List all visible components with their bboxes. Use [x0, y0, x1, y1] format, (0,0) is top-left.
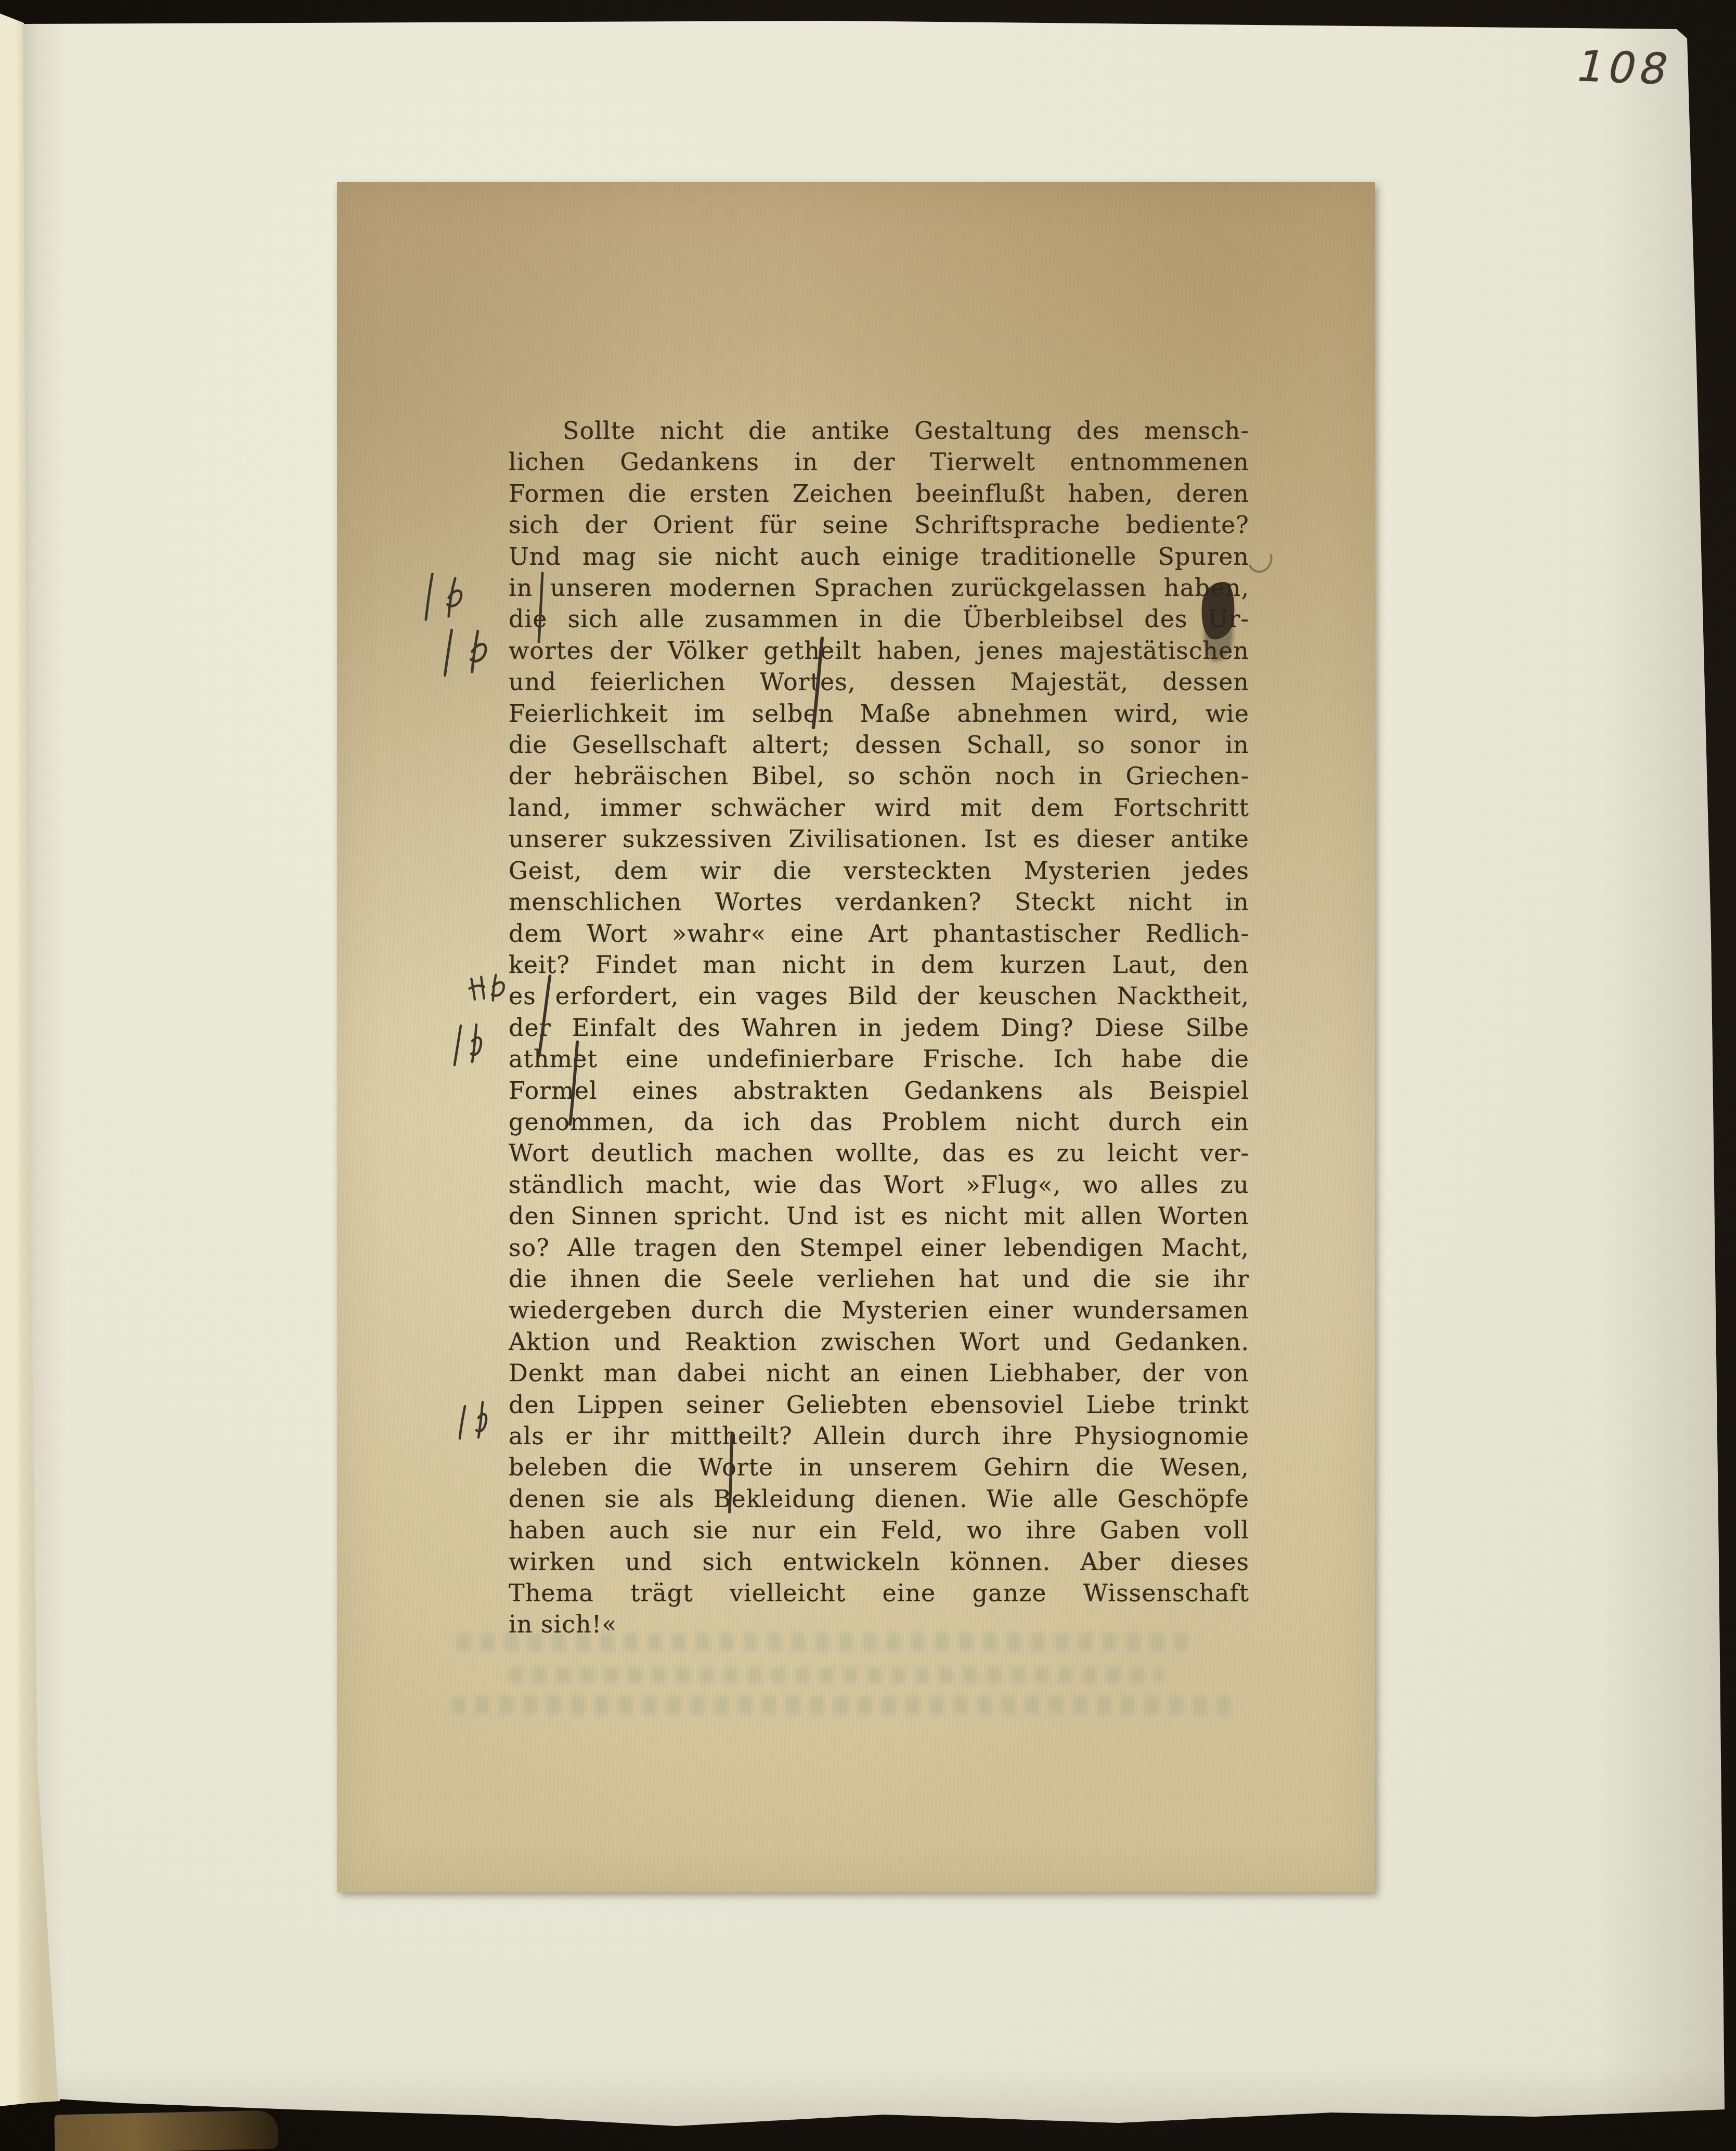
text-line: athmet eine undefinierbare Frische. Ich … — [509, 1043, 1249, 1074]
pen-strike — [811, 636, 825, 683]
text-line: den Sinnen spricht. Und ist es nicht mit… — [509, 1200, 1249, 1232]
text-line: ständlich macht, wie das Wort »Flug«, wo… — [509, 1169, 1249, 1200]
text-line: der Einfalt des Wahren in jedem Ding? Di… — [509, 1012, 1249, 1043]
text-line: in unseren modernen Sprachen zurückgelas… — [509, 572, 1249, 603]
text-line: Denkt man dabei nicht an einen Liebhaber… — [509, 1357, 1249, 1389]
bleedthrough-line — [509, 1667, 1164, 1683]
text-line: der hebräischen Bibel, so schön noch in … — [509, 760, 1249, 792]
bleedthrough-line — [451, 1696, 1242, 1714]
text-line: Formen die ersten Zeichen beeinflußt hab… — [509, 478, 1249, 509]
book-cover-edge — [54, 2110, 278, 2151]
text-line: menschlichen Wortes verdanken? Steckt ni… — [509, 886, 1249, 917]
text-line: wortes der Völker getheilt haben, jenes … — [509, 635, 1249, 666]
text-line: die Gesellschaft altert; dessen Schall, … — [509, 729, 1249, 760]
text-line: dem Wort »wahr« eine Art phantastischer … — [509, 918, 1249, 949]
pen-strike — [567, 1040, 580, 1110]
book-scan: 108 Sollte nicht die antike Gestaltung d… — [0, 0, 1736, 2151]
pasted-clipping: Sollte nicht die antike Gestaltung des m… — [337, 182, 1375, 1892]
text-line: keit? Findet man nicht in dem kurzen Lau… — [509, 949, 1249, 980]
text-line: Feierlichkeit im selben Maße abnehmen wi… — [509, 698, 1249, 729]
text-line: es erfordert, ein vages Bild der keusche… — [509, 980, 1249, 1012]
bleedthrough-line — [457, 1633, 1190, 1651]
text-line: Thema trägt vielleicht eine ganze Wissen… — [509, 1577, 1249, 1609]
text-line: Wort deutlich machen wollte, das es zu l… — [509, 1137, 1249, 1169]
pen-strike — [536, 571, 546, 617]
deleatur-mark-icon — [448, 1399, 503, 1443]
deleatur-mark-icon — [436, 624, 498, 681]
pen-strike — [537, 974, 552, 1035]
text-line: haben auch sie nur ein Feld, wo ihre Gab… — [509, 1514, 1249, 1546]
deleatur-mark-icon — [416, 569, 476, 624]
deleatur-mark-icon — [448, 1020, 487, 1070]
text-line: sich der Orient für seine Schriftsprache… — [509, 509, 1249, 540]
text-line: beleben die Worte in unserem Gehirn die … — [509, 1452, 1249, 1483]
bleedthrough-patch — [607, 856, 826, 875]
text-lines: Sollte nicht die antike Gestaltung des m… — [509, 415, 1249, 1640]
text-line: unserer sukzessiven Zivilisationen. Ist … — [509, 823, 1249, 854]
text-line: genommen, da ich das Problem nicht durch… — [509, 1106, 1249, 1137]
text-line: wirken und sich entwickeln können. Aber … — [509, 1546, 1249, 1577]
text-line: und feierlichen Wortes, dessen Majestät,… — [509, 666, 1249, 697]
text-line: Aktion und Reaktion zwischen Wort und Ge… — [509, 1326, 1249, 1357]
text-line: wiedergeben durch die Mysterien einer wu… — [509, 1294, 1249, 1326]
text-line: Sollte nicht die antike Gestaltung des m… — [509, 415, 1249, 446]
text-line: die sich alle zusammen in die Überbleibs… — [509, 603, 1249, 634]
text-line: die ihnen die Seele verliehen hat und di… — [509, 1263, 1249, 1294]
deleatur-mark-icon — [465, 970, 510, 1006]
text-line: land, immer schwächer wird mit dem Forts… — [509, 792, 1249, 823]
text-line: Und mag sie nicht auch einige traditione… — [509, 541, 1249, 572]
text-line: lichen Gedankens in der Tierwelt entnomm… — [509, 446, 1249, 477]
text-line: als er ihr mittheilt? Allein durch ihre … — [509, 1420, 1249, 1452]
text-line: Formel eines abstrakten Gedankens als Be… — [509, 1075, 1249, 1106]
text-line: den Lippen seiner Geliebten ebensoviel L… — [509, 1389, 1249, 1420]
pen-strike — [726, 1433, 736, 1512]
text-line: denen sie als Bekleidung dienen. Wie all… — [509, 1483, 1249, 1514]
handwritten-page-number: 108 — [1568, 42, 1698, 108]
bleedthrough-patch — [618, 1233, 815, 1252]
